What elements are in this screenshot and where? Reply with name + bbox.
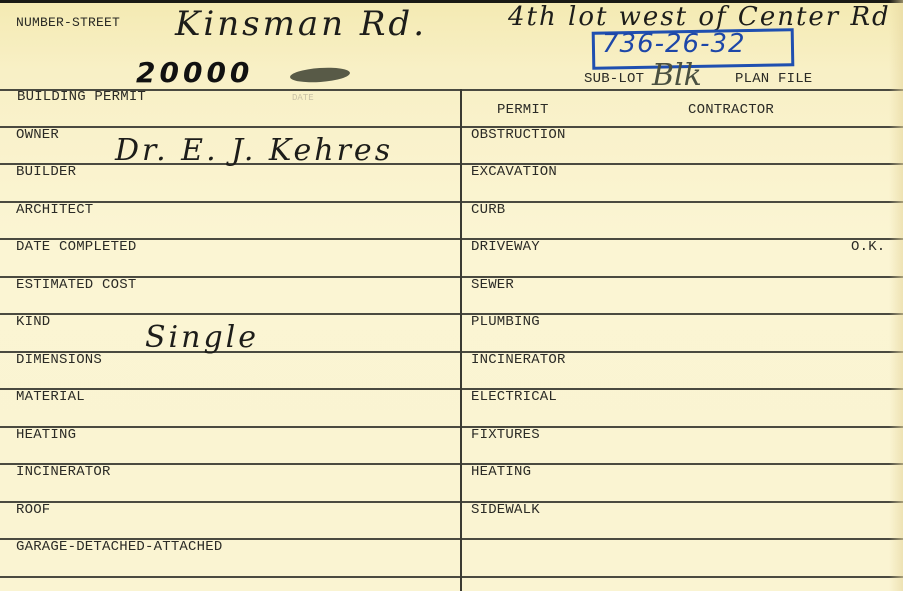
building-permit-heading: BUILDING PERMIT: [17, 89, 146, 105]
field-label-garage-detached-attached: GARAGE-DETACHED-ATTACHED: [16, 539, 222, 555]
permit-contractor-driveway: O.K.: [851, 239, 885, 255]
field-value-kind: Single: [145, 320, 259, 355]
ruled-line: [0, 426, 903, 428]
permit-card: NUMBER-STREET Kinsman Rd. 4th lot west o…: [0, 0, 903, 591]
permit-label-sidewalk: SIDEWALK: [471, 502, 540, 518]
plan-number-stamp-text: 736-26-32: [602, 29, 746, 59]
ruled-line: [0, 201, 903, 203]
field-label-estimated-cost: ESTIMATED COST: [16, 277, 136, 293]
permit-label-curb: CURB: [471, 202, 505, 218]
ruled-line: [0, 463, 903, 465]
permit-label-incinerator: INCINERATOR: [471, 352, 566, 368]
faint-date-label: DATE: [292, 93, 314, 103]
permit-label-excavation: EXCAVATION: [471, 164, 557, 180]
sub-lot-label: SUB-LOT: [584, 71, 644, 87]
field-label-kind: KIND: [16, 314, 50, 330]
number-street-label: NUMBER-STREET: [16, 15, 120, 30]
ruled-line: [0, 313, 903, 315]
ink-smudge: [290, 66, 351, 84]
ruled-line: [0, 388, 903, 390]
permit-label-plumbing: PLUMBING: [471, 314, 540, 330]
field-label-incinerator: INCINERATOR: [16, 464, 111, 480]
street-handwritten: Kinsman Rd.: [175, 4, 427, 44]
sub-lot-handwritten: Blk: [652, 58, 702, 93]
permit-number-handwritten: 20000: [136, 56, 253, 89]
field-label-roof: ROOF: [16, 502, 50, 518]
column-divider: [460, 89, 462, 591]
field-label-dimensions: DIMENSIONS: [16, 352, 102, 368]
permit-label-heating: HEATING: [471, 464, 531, 480]
field-label-heating: HEATING: [16, 427, 76, 443]
field-value-owner: Dr. E. J. Kehres: [115, 133, 393, 168]
field-label-architect: ARCHITECT: [16, 202, 93, 218]
permit-heading: PERMIT: [497, 102, 549, 118]
permit-label-sewer: SEWER: [471, 277, 514, 293]
ruled-line: [0, 351, 903, 353]
plan-file-label: PLAN FILE: [735, 71, 812, 87]
field-label-material: MATERIAL: [16, 389, 85, 405]
location-note-handwritten: 4th lot west of Center Rd: [508, 2, 891, 32]
field-label-owner: OWNER: [16, 127, 59, 143]
permit-label-driveway: DRIVEWAY: [471, 239, 540, 255]
permit-label-electrical: ELECTRICAL: [471, 389, 557, 405]
field-label-builder: BUILDER: [16, 164, 76, 180]
ruled-line: [0, 501, 903, 503]
permit-label-obstruction: OBSTRUCTION: [471, 127, 566, 143]
contractor-heading: CONTRACTOR: [688, 102, 774, 118]
ruled-line: [0, 576, 903, 578]
permit-label-fixtures: FIXTURES: [471, 427, 540, 443]
field-label-date-completed: DATE COMPLETED: [16, 239, 136, 255]
ruled-line: [0, 126, 903, 128]
